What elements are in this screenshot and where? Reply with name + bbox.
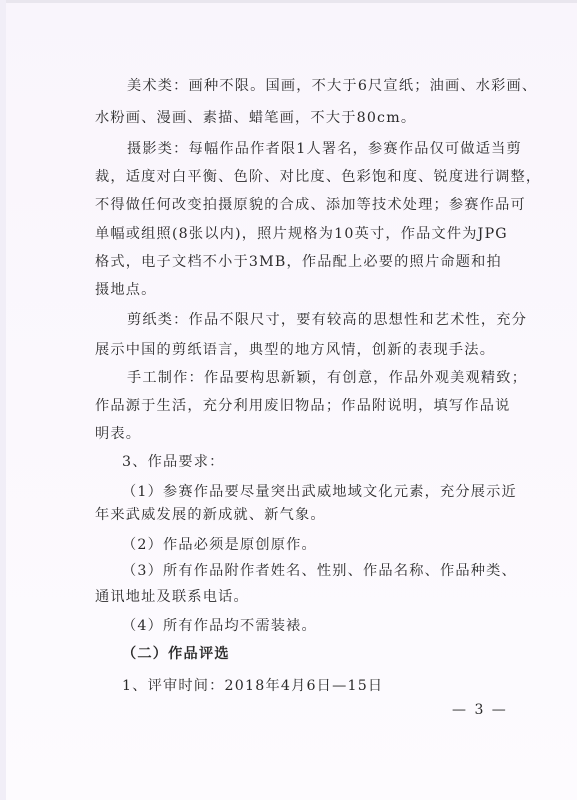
requirement-3-line-2: 通讯地址及联系电话。 (95, 587, 535, 607)
paragraph-handcraft-line-3: 明表。 (95, 424, 535, 444)
paragraph-papercut-line-2: 展示中国的剪纸语言，典型的地方风情，创新的表现手法。 (95, 340, 535, 360)
paragraph-papercut-line-1: 剪纸类：作品不限尺寸，要有较高的思想性和艺术性，充分 (127, 310, 537, 330)
paragraph-photo-line-2: 裁，适度对白平衡、色阶、对比度、色彩饱和度、锐度进行调整， (95, 167, 535, 187)
requirement-3-line-1: （3）所有作品附作者姓名、性别、作品名称、作品种类、 (122, 561, 532, 581)
scan-edge-left (0, 0, 6, 800)
paragraph-photo-line-5: 格式，电子文档不小于3MB，作品配上必要的照片命题和拍 (95, 252, 535, 272)
requirement-2: （2）作品必须是原创原作。 (122, 535, 532, 555)
paragraph-handcraft-line-1: 手工制作：作品要构思新颖，有创意，作品外观美观精致； (127, 368, 537, 388)
requirement-1-line-2: 年来武威发展的新成就、新气象。 (95, 505, 535, 525)
paragraph-photo-line-1: 摄影类：每幅作品作者限1人署名，参赛作品仅可做适当剪 (127, 139, 537, 159)
paragraph-photo-line-6: 摄地点。 (95, 280, 535, 300)
requirement-4: （4）所有作品均不需装裱。 (122, 616, 532, 636)
section-heading-requirements: 3、作品要求： (122, 452, 532, 472)
scan-edge-top (0, 0, 577, 3)
evaluation-time: 1、评审时间：2018年4月6日—15日 (122, 676, 532, 696)
paragraph-art-line-2: 水粉画、漫画、素描、蜡笔画，不大于80cm。 (95, 108, 535, 128)
paragraph-photo-line-3: 不得做任何改变拍摄原貌的合成、添加等技术处理；参赛作品可 (95, 195, 535, 215)
document-page: 美术类：画种不限。国画，不大于6尺宣纸；油画、水彩画、 水粉画、漫画、素描、蜡笔… (0, 0, 577, 800)
paragraph-handcraft-line-2: 作品源于生活，充分利用废旧物品；作品附说明，填写作品说 (95, 396, 535, 416)
paragraph-photo-line-4: 单幅或组照(8张以内)，照片规格为10英寸，作品文件为JPG (95, 224, 535, 244)
requirement-1-line-1: （1）参赛作品要尽量突出武威地域文化元素，充分展示近 (122, 482, 532, 502)
page-number: — 3 — (452, 702, 508, 718)
paragraph-art-line-1: 美术类：画种不限。国画，不大于6尺宣纸；油画、水彩画、 (127, 76, 537, 96)
section-heading-evaluation: （二）作品评选 (122, 644, 532, 664)
